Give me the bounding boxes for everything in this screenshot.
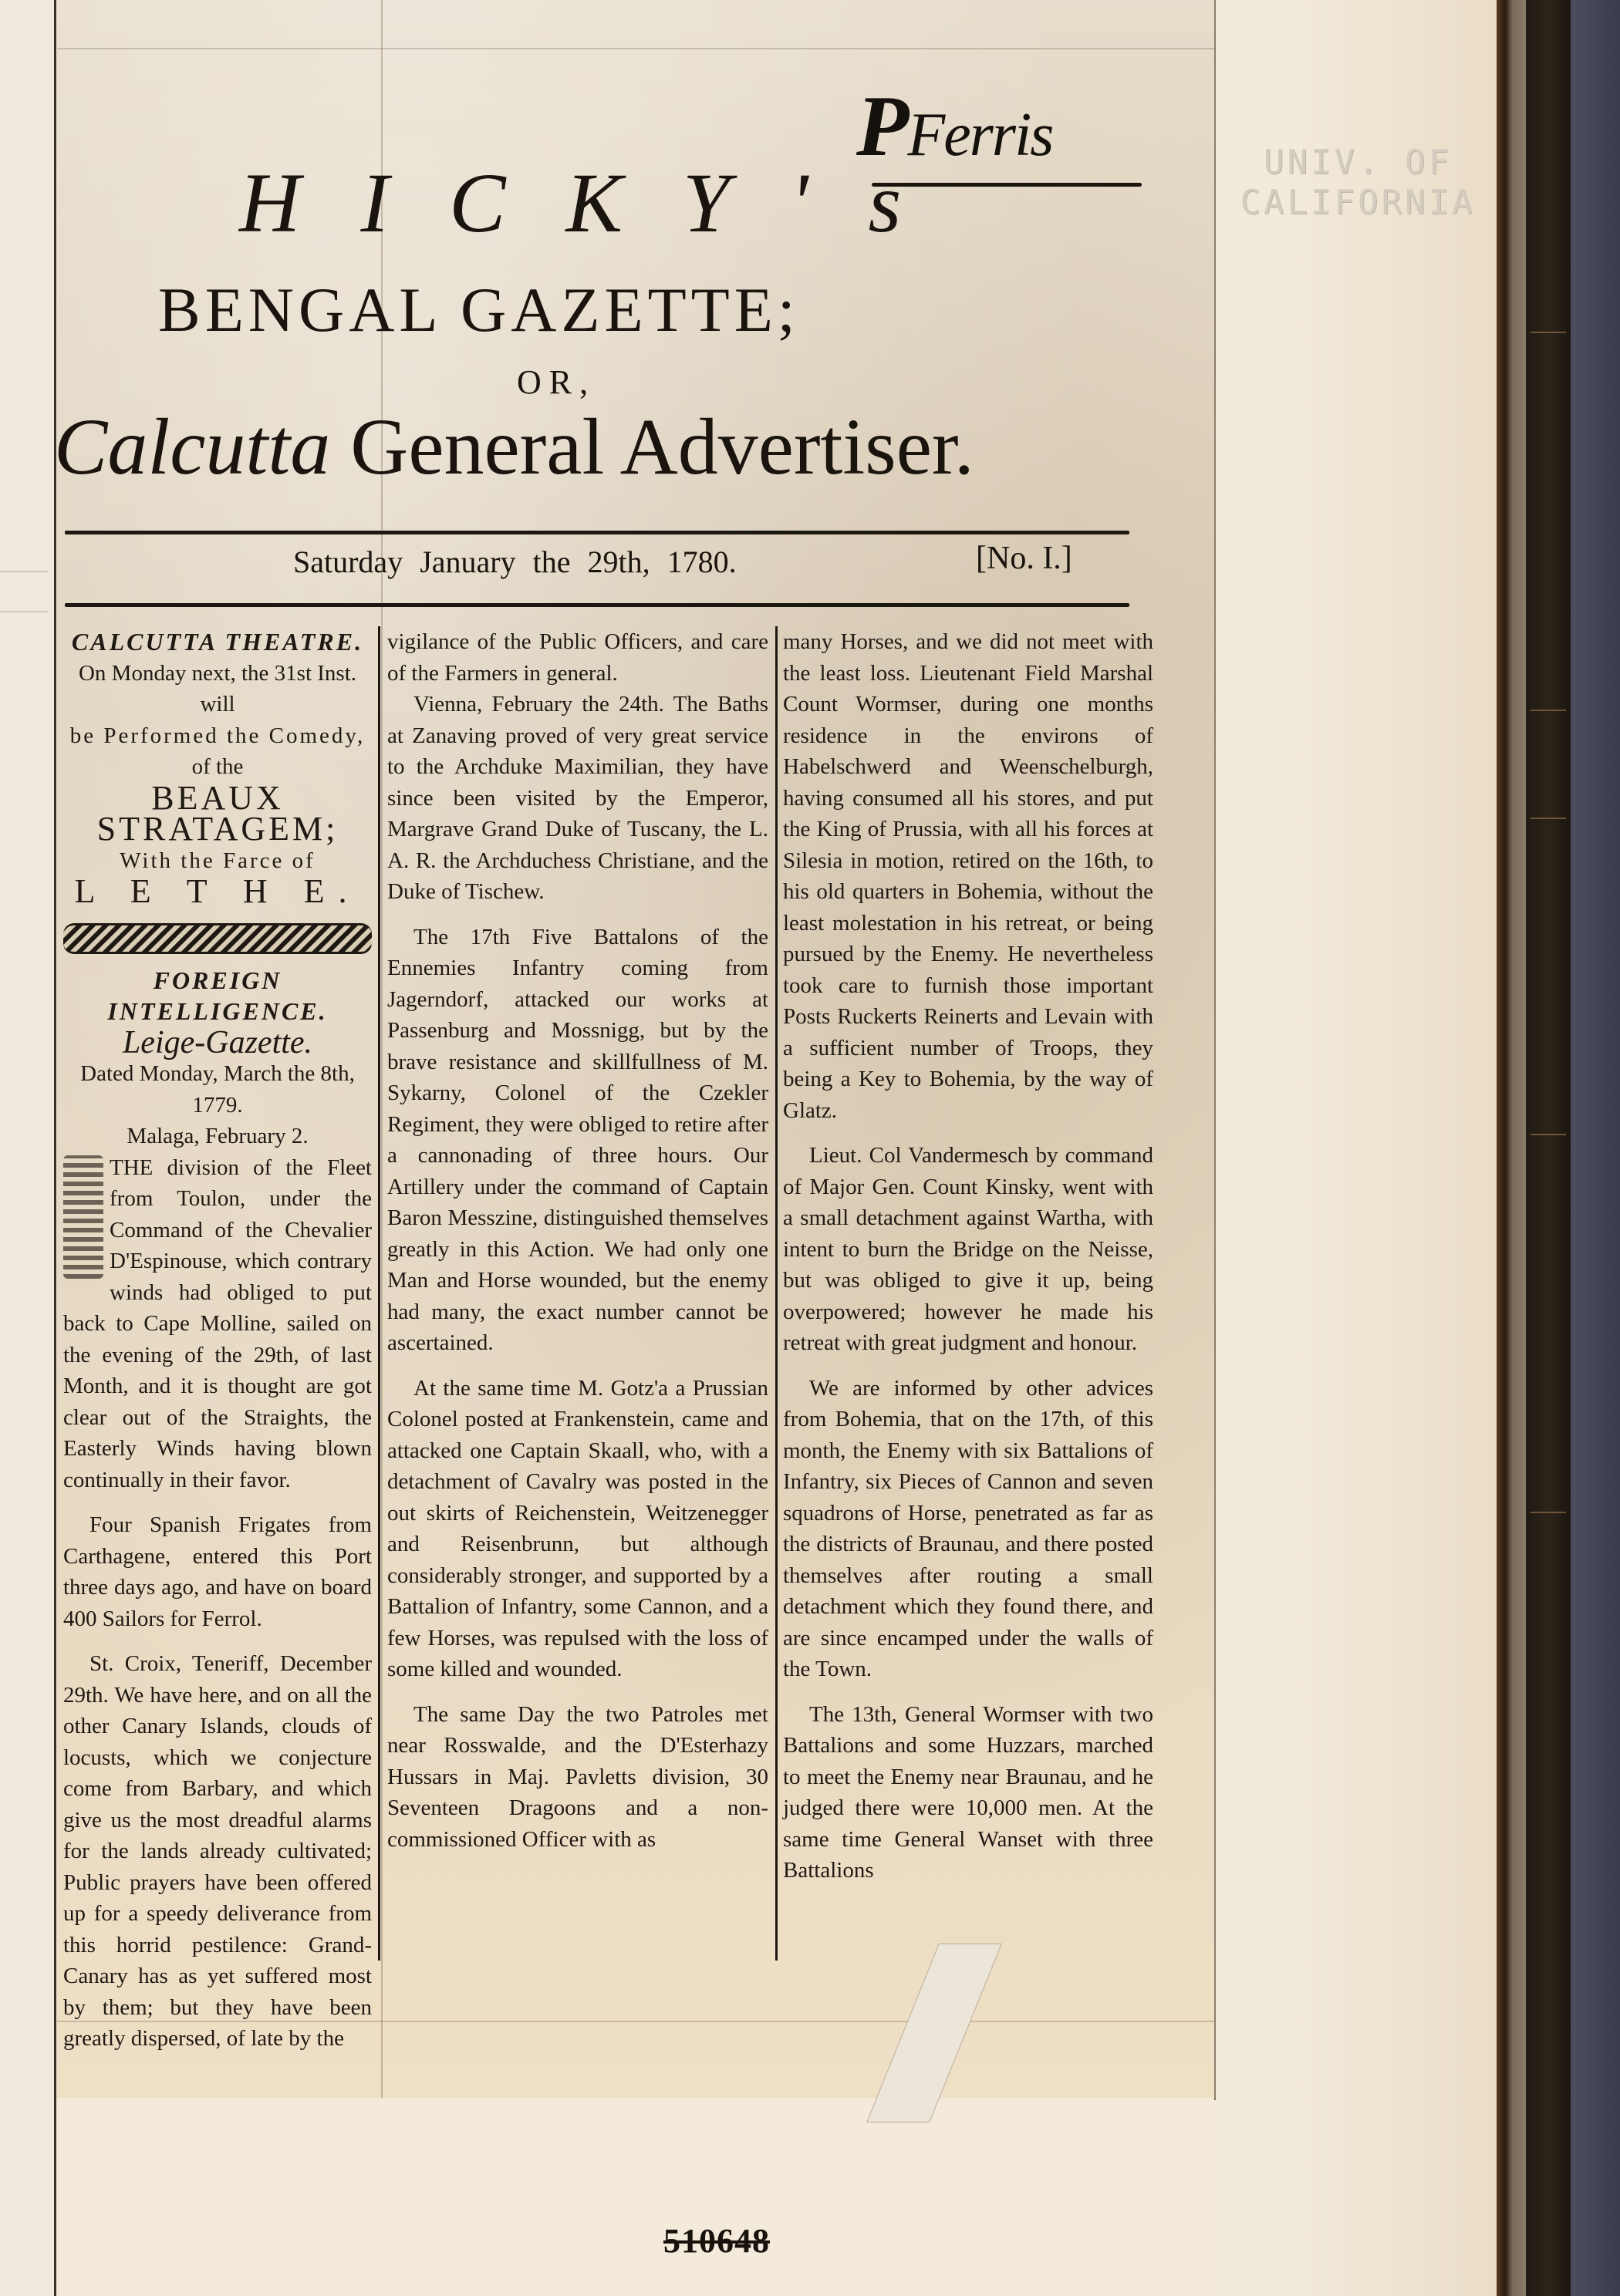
foreign-intelligence-heading: FOREIGN INTELLIGENCE.	[63, 965, 372, 1027]
leather-spine	[1526, 0, 1571, 2296]
article-paragraph: Lieut. Col Vandermesch by command of Maj…	[783, 1140, 1153, 1359]
article-paragraph: The 17th Five Battalons of the Ennemies …	[387, 922, 768, 1359]
article-paragraph: Four Spanish Frigates from Carthagene, e…	[63, 1509, 372, 1634]
masthead-title-bengal-gazette: BENGAL GAZETTE;	[158, 274, 800, 346]
masthead-rule-bottom	[65, 603, 1129, 607]
blank-mount-paper	[57, 2098, 1214, 2296]
article-paragraph: At the same time M. Gotz'a a Prussian Co…	[387, 1373, 768, 1685]
ghost-rule	[0, 611, 48, 612]
column-divider	[378, 626, 380, 1961]
dateline: Saturday January the 29th, 1780.	[293, 544, 737, 580]
masthead-subtitle: Calcutta General Advertiser.	[54, 401, 974, 493]
masthead-rule-top	[65, 531, 1129, 534]
fold-crease	[57, 48, 1214, 49]
book-board-edge	[1571, 0, 1620, 2296]
column-1: CALCUTTA THEATRE. On Monday next, the 31…	[63, 626, 372, 2055]
masthead-title-hickys: HICKY's	[239, 154, 961, 252]
stamp-line-1: UNIV. OF	[1230, 143, 1485, 183]
catalog-number-stamp: 510648	[663, 2221, 770, 2261]
article-paragraph: THE division of the Fleet from Toulon, u…	[63, 1152, 372, 1496]
play-title: BEAUX STRATAGEM;	[63, 783, 372, 845]
drop-cap-ornament-icon	[63, 1155, 103, 1279]
article-paragraph: The 13th, General Wormser with two Batta…	[783, 1699, 1153, 1886]
article-paragraph: vigilance of the Public Officers, and ca…	[387, 626, 768, 689]
ghost-rule	[0, 571, 48, 572]
library-perforation-stamp: UNIV. OF CALIFORNIA	[1230, 143, 1485, 223]
article-paragraph: St. Croix, Teneriff, December 29th. We h…	[63, 1648, 372, 2055]
article-paragraph: The same Day the two Patroles met near R…	[387, 1699, 768, 1856]
masthead-or: OR,	[517, 362, 596, 402]
article-paragraph: Vienna, February the 24th. The Baths at …	[387, 689, 768, 908]
article-paragraph: We are informed by other advices from Bo…	[783, 1373, 1153, 1685]
column-3: many Horses, and we did not meet with th…	[783, 626, 1153, 1886]
stamp-line-2: CALIFORNIA	[1230, 183, 1485, 223]
theatre-heading: CALCUTTA THEATRE.	[63, 626, 372, 658]
ornamental-divider	[63, 923, 372, 954]
article-paragraph: many Horses, and we did not meet with th…	[783, 626, 1153, 1126]
column-divider	[775, 626, 778, 1961]
issue-number: [No. I.]	[976, 540, 1072, 577]
source-title: Leige-Gazette.	[63, 1027, 372, 1059]
left-sheet-edge	[0, 0, 56, 2296]
binding-gutter	[1497, 0, 1526, 2296]
farce-title: L E T H E.	[63, 876, 372, 908]
column-2: vigilance of the Public Officers, and ca…	[387, 626, 768, 1855]
malaga-dateline: Malaga, February 2.	[63, 1121, 372, 1152]
